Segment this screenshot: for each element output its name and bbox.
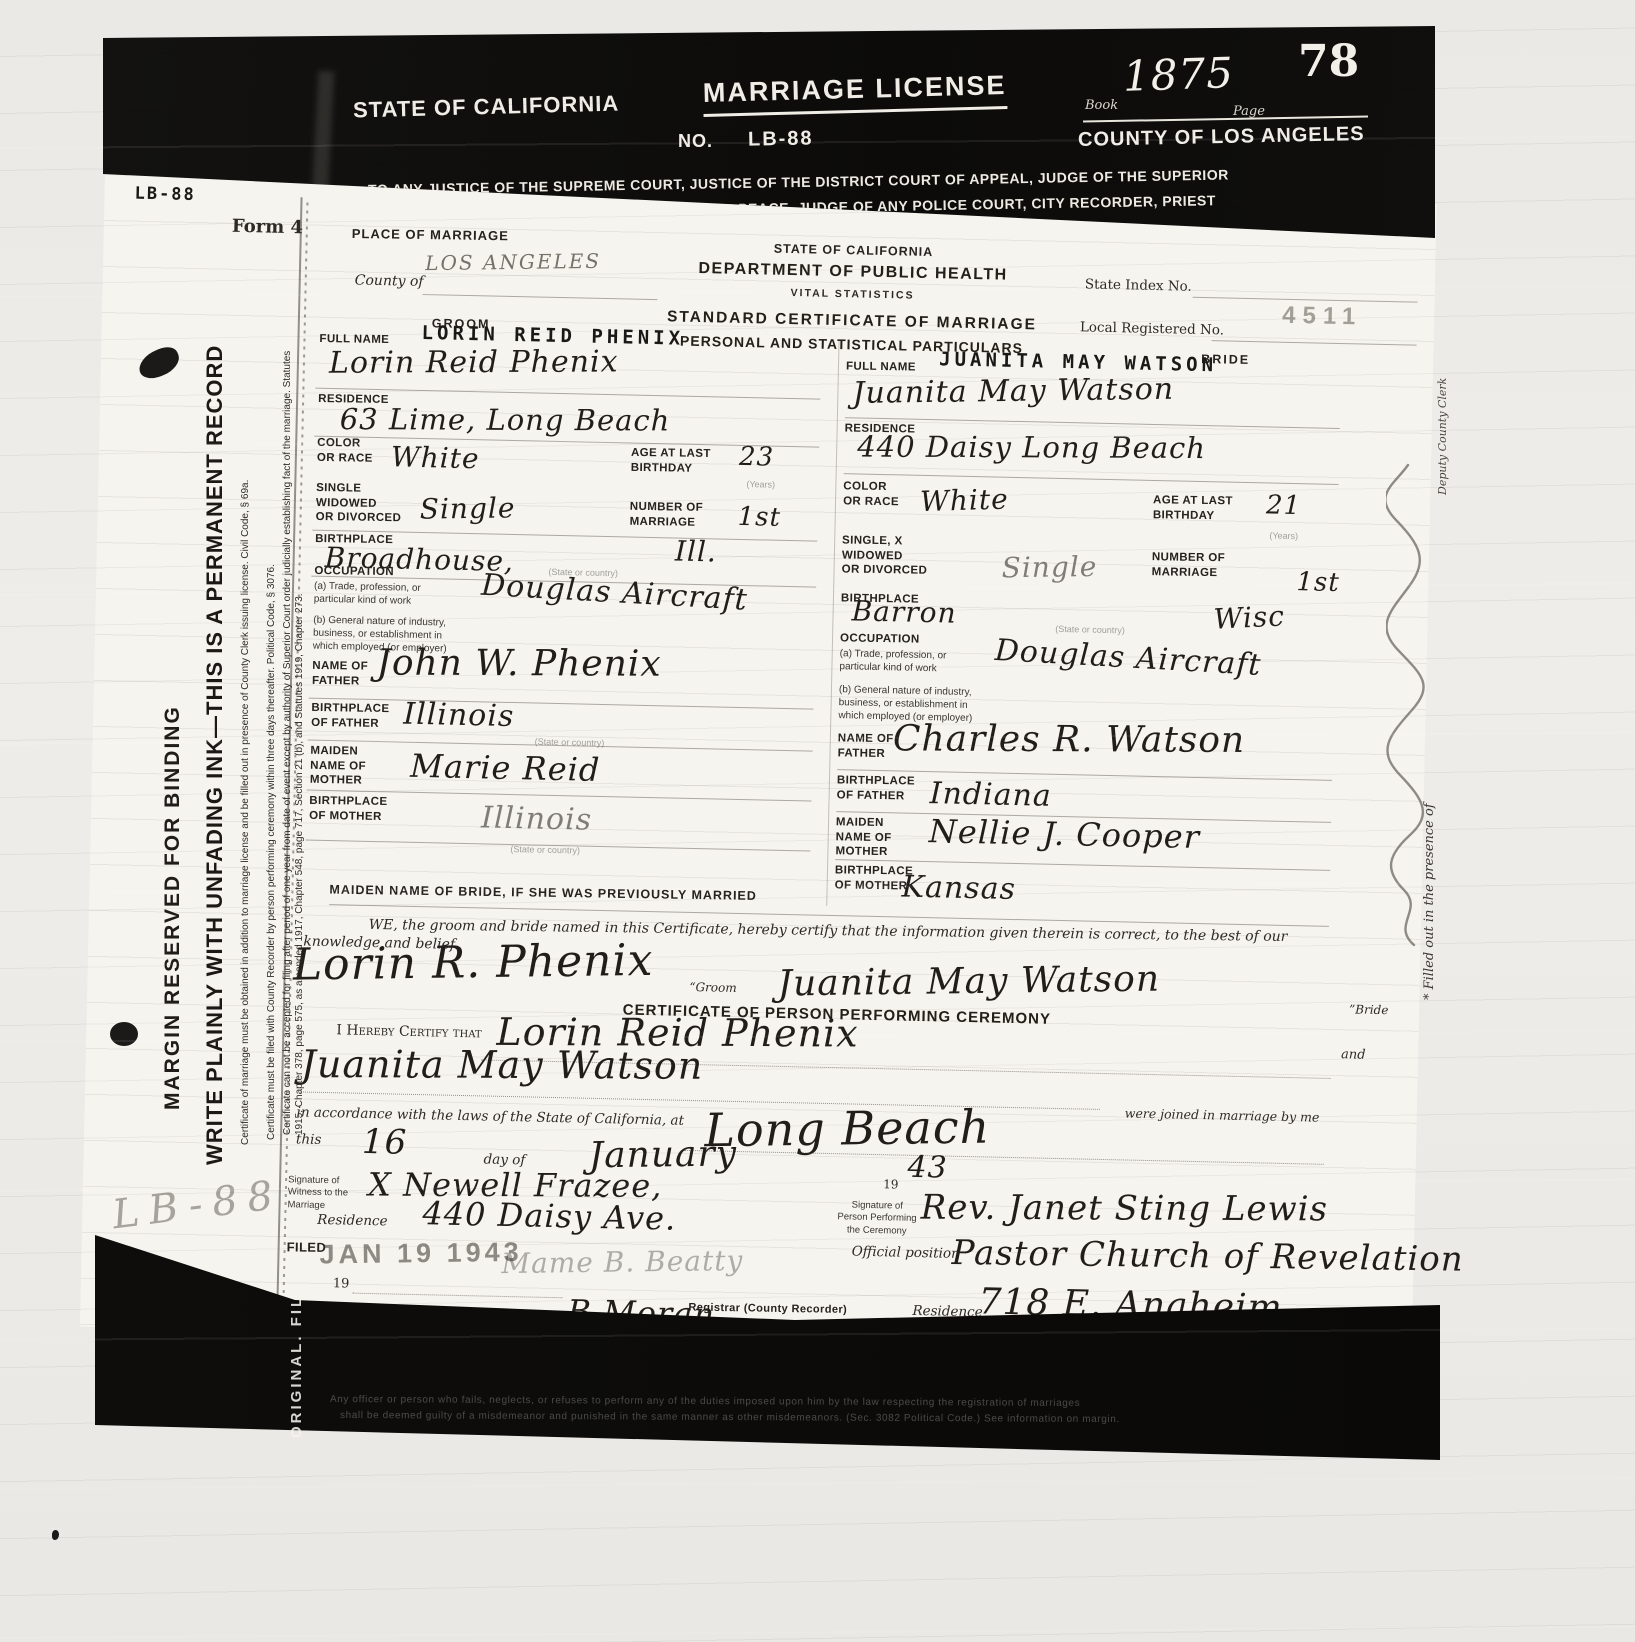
deputy-clerk-signature (1386, 460, 1426, 950)
bride-father-birthplace-label: BIRTHPLACE OF FATHER (837, 773, 916, 804)
header-title: MARRIAGE LICENSE (703, 70, 1007, 117)
groom-signature: Lorin R. Phenix (293, 939, 654, 988)
groom-marriage-number-written: 1st (737, 504, 781, 531)
hereby-certify-label: I Hereby Certify that (336, 1022, 482, 1041)
performer-signature-written: Rev. Janet Sting Lewis (921, 1191, 1328, 1227)
bride-age-written: 21 (1266, 492, 1302, 519)
filed-year-prefix: 19 (333, 1276, 350, 1291)
accordance-label: in accordance with the laws of the State… (296, 1104, 684, 1128)
bride-years-label: (Years) (1269, 530, 1298, 542)
bride-age-label: AGE AT LAST BIRTHDAY (1153, 493, 1233, 524)
groom-father-birthplace-written: Illinois (403, 700, 515, 732)
witness-residence-written: 440 Daisy Ave. (422, 1197, 677, 1235)
groom-mother-written: Marie Reid (410, 750, 601, 786)
header-state: STATE OF CALIFORNIA (353, 91, 620, 124)
and-label: and (1341, 1047, 1366, 1063)
bride-name-baseline (845, 417, 1340, 429)
groom-name-baseline (315, 388, 820, 400)
bride-birthplace-state-or-country-label: (State or country) (1055, 624, 1125, 637)
groom-residence-written: 63 Lime, Long Beach (340, 405, 671, 435)
groom-occupation-a-label: (a) Trade, profession, or particular kin… (314, 580, 421, 608)
groom-birthplace-state-written: Ill. (675, 538, 717, 567)
bride-marriage-number-label: NUMBER OF MARRIAGE (1152, 550, 1226, 581)
bride-occupation-label: OCCUPATION (840, 631, 920, 647)
bride-mother-label: MAIDEN NAME OF MOTHER (835, 815, 891, 860)
margin-note1: Certificate of marriage must be obtained… (240, 455, 252, 1145)
original-filed-vertical-text: ORIGINAL. FIL (288, 1295, 305, 1438)
ceremony-bride-name-written: Juanita May Watson (301, 1045, 704, 1085)
groom-father-bp-state-label: (State or country) (535, 737, 605, 750)
groom-age-written: 23 (739, 444, 775, 471)
groom-mother-birthplace-label: BIRTHPLACE OF MOTHER (309, 794, 388, 825)
official-position-label: Official position (852, 1244, 960, 1262)
groom-mother-birthplace-written: Illinois (481, 803, 593, 835)
groom-single-written: Single (420, 494, 516, 523)
local-registered-label: Local Registered No. (1080, 319, 1224, 338)
header-no-label: NO. (678, 131, 713, 152)
groom-color-label: COLOR OR RACE (317, 436, 373, 466)
bride-single-label: SINGLE, X WIDOWED OR DIVORCED (842, 533, 928, 578)
bride-color-label: COLOR OR RACE (843, 479, 899, 509)
bride-father-birthplace-written: Indiana (929, 779, 1052, 812)
registrar-signature-written: Mame B. Beatty (501, 1247, 743, 1278)
year-prefix: 19 (883, 1177, 899, 1191)
performer-signature-label: Signature of Person Performing the Cerem… (837, 1199, 917, 1238)
bride-occupation-written: Douglas Aircraft (994, 636, 1262, 681)
filed-year-baseline (353, 1293, 563, 1299)
margin-binding-text: MARGIN RESERVED FOR BINDING (161, 705, 185, 1110)
header-book-underline (1083, 116, 1368, 123)
official-position-written: Pastor Church of Revelation (951, 1236, 1463, 1277)
bride-birthplace-state-written: Wisc (1213, 602, 1286, 633)
witness-residence-label: Residence (317, 1212, 388, 1230)
bride-mother-birthplace-written: Kansas (901, 873, 1016, 905)
bride-full-name-label: FULL NAME (846, 359, 916, 375)
bride-residence-baseline (844, 473, 1339, 485)
groom-father-birthplace-label: BIRTHPLACE OF FATHER (311, 701, 390, 732)
place-baseline (684, 1150, 1324, 1165)
bride-name-written: Juanita May Watson (852, 375, 1174, 409)
groom-age-label: AGE AT LAST BIRTHDAY (631, 446, 711, 477)
local-registered-baseline (1212, 340, 1417, 345)
groom-single-label: SINGLE WIDOWED OR DIVORCED (316, 481, 402, 526)
bride-birthplace-written: Barron (851, 597, 957, 627)
groom-name-written: Lorin Reid Phenix (329, 347, 619, 378)
bride-mother-written: Nellie J. Cooper (929, 815, 1201, 853)
header-book-value: 1875 (1122, 52, 1234, 98)
margin-note3: Certificate can not be accepted for fili… (282, 345, 306, 1135)
filled-out-presence-label: * Filled out in the presence of (1422, 803, 1437, 1000)
header-county: COUNTY OF LOS ANGELES (1078, 123, 1365, 152)
header-no-value: LB-88 (748, 127, 814, 151)
bride-signature: Juanita May Watson (777, 962, 1160, 1003)
groom-father-label: NAME OF FATHER (312, 659, 368, 689)
joined-in-marriage-label: were joined in marriage by me (1125, 1105, 1320, 1124)
groom-signature-label: “Groom (689, 980, 737, 995)
margin-permanent-text: WRITE PLAINLY WITH UNFADING INK—THIS IS … (202, 345, 228, 1165)
place-of-ceremony-written: Long Beach (704, 1104, 990, 1154)
ink-blob-bottom (110, 1022, 138, 1046)
groom-occupation-written: Douglas Aircraft (480, 571, 748, 616)
header-book-label: Book (1085, 98, 1118, 113)
band-smudge (312, 71, 335, 202)
county-of-label: County of (355, 272, 424, 289)
bride-father-label: NAME OF FATHER (837, 731, 893, 761)
right-margin-block: Deputy County Clerk * Filled out in the … (1320, 385, 1460, 1035)
day-written: 16 (362, 1125, 408, 1160)
bride-occupation-a-label: (a) Trade, profession, or particular kin… (839, 647, 946, 675)
bride-color-written: White (920, 485, 1009, 516)
year-written: 43 (907, 1153, 948, 1184)
groom-marriage-number-label: NUMBER OF MARRIAGE (630, 500, 704, 531)
deputy-county-clerk-label: Deputy County Clerk (1436, 378, 1449, 495)
header-page-value: 78 (1298, 36, 1359, 87)
ink-speck (52, 1530, 59, 1540)
state-index-label: State Index No. (1085, 276, 1192, 294)
place-of-marriage-label: PLACE OF MARRIAGE (352, 226, 509, 245)
local-registered-stamp: 4511 (1282, 302, 1363, 332)
groom-color-written: White (391, 443, 480, 473)
bride-residence-written: 440 Daisy Long Beach (857, 433, 1206, 464)
bride-single-written: Single (1001, 553, 1097, 582)
header-addressee-line1: TO ANY JUSTICE OF THE SUPREME COURT, JUS… (368, 166, 1229, 197)
filed-date-stamp: JAN 19 1943 (319, 1237, 523, 1271)
maiden-name-previous-label: MAIDEN NAME OF BRIDE, IF SHE WAS PREVIOU… (329, 882, 757, 904)
groom-mother-label: MAIDEN NAME OF MOTHER (310, 744, 366, 789)
bride-father-written: Charles R. Watson (893, 721, 1245, 759)
groom-years-label: (Years) (746, 479, 775, 491)
file-number-typed: LB-88 (134, 184, 196, 205)
margin-note2: Certificate must be filed with County Re… (266, 380, 277, 1140)
groom-father-written: John W. Phenix (376, 646, 661, 683)
groom-occupation-label: OCCUPATION (314, 564, 394, 580)
